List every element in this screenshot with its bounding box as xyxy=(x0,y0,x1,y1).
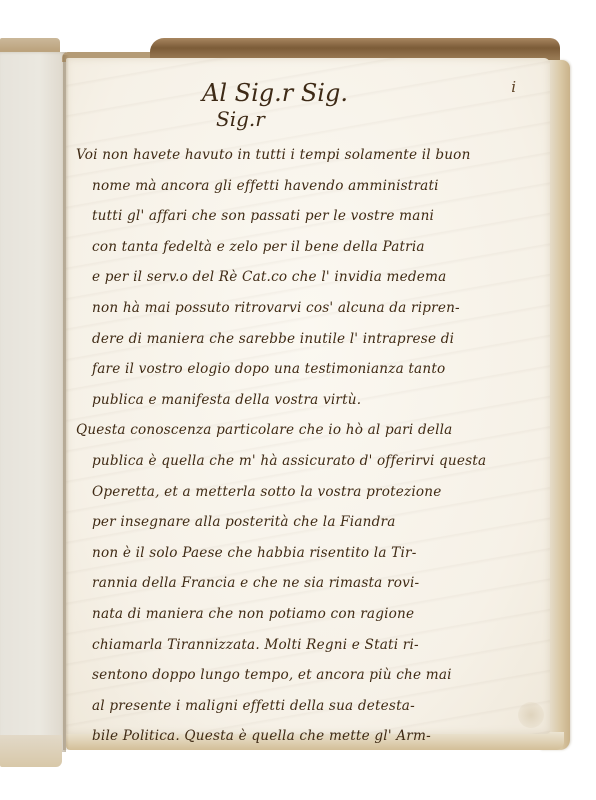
text-line: e per il serv.o del Rè Cat.co che l' inv… xyxy=(76,262,546,293)
text-line: rannia della Francia e che ne sia rimast… xyxy=(76,568,546,599)
dedication-address: Al Sig.r Sig. Sig.r xyxy=(202,80,348,132)
manuscript-body: Voi non havete havuto in tutti i tempi s… xyxy=(76,140,546,752)
text-line: chiamarla Tirannizzata. Molti Regni e St… xyxy=(76,630,546,661)
text-line: Voi non havete havuto in tutti i tempi s… xyxy=(76,140,546,171)
text-line: sentono doppo lungo tempo, et ancora più… xyxy=(76,660,546,691)
text-line: non è il solo Paese che habbia risentito… xyxy=(76,538,546,569)
address-line-1: Al Sig.r Sig. xyxy=(202,80,348,106)
worn-top-edge xyxy=(150,38,560,60)
text-line: publica è quella che m' hà assicurato d'… xyxy=(76,446,546,477)
text-line: dere di maniera che sarebbe inutile l' i… xyxy=(76,324,546,355)
left-facing-page xyxy=(0,52,66,752)
text-line: publica e manifesta della vostra virtù. xyxy=(76,385,546,416)
text-line: per insegnare alla posterità che la Fian… xyxy=(76,507,546,538)
text-line: bile Politica. Questa è quella che mette… xyxy=(76,721,546,752)
manuscript-page: i Al Sig.r Sig. Sig.r Voi non havete hav… xyxy=(66,58,550,734)
text-line: al presente i maligni effetti della sua … xyxy=(76,691,546,722)
spine-shadow xyxy=(63,55,69,750)
text-line: Operetta, et a metterla sotto la vostra … xyxy=(76,477,546,508)
address-line-2: Sig.r xyxy=(216,106,348,132)
text-line: Questa conoscenza particolare che io hò … xyxy=(76,415,546,446)
text-line: non hà mai possuto ritrovarvi cos' alcun… xyxy=(76,293,546,324)
text-line: tutti gl' affari che son passati per le … xyxy=(76,201,546,232)
text-line: nata di maniera che non potiamo con ragi… xyxy=(76,599,546,630)
text-line: fare il vostro elogio dopo una testimoni… xyxy=(76,354,546,385)
left-page-bottom-edge xyxy=(0,735,62,767)
text-line: nome mà ancora gli effetti havendo ammin… xyxy=(76,171,546,202)
text-line: con tanta fedeltà e zelo per il bene del… xyxy=(76,232,546,263)
folio-number: i xyxy=(511,78,516,96)
